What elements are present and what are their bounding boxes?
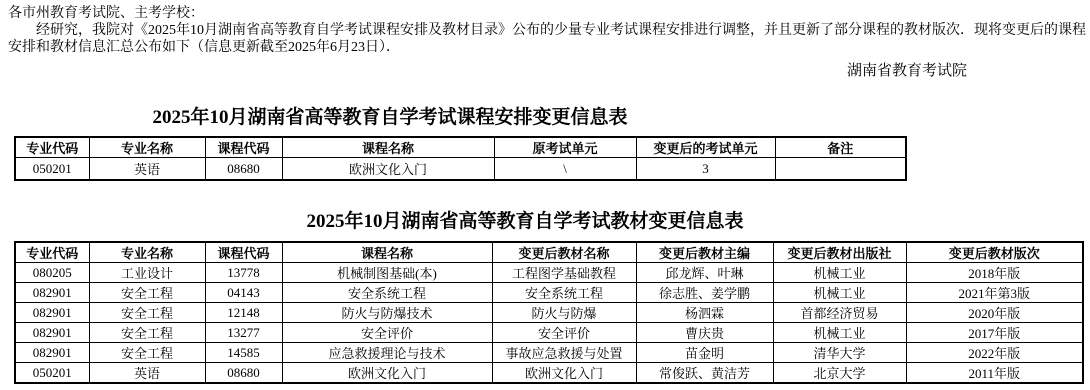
table-cell: 机械工业 (773, 263, 906, 283)
document-page: 各市州教育考试院、主考学校： 经研究，我院对《2025年10月湖南省高等教育自学… (0, 0, 1090, 390)
table-cell: 04143 (205, 283, 282, 303)
table-cell: 082901 (15, 323, 89, 343)
table-cell: 2021年第3版 (906, 283, 1083, 303)
table-cell: 2011年版 (906, 363, 1083, 384)
table-cell: 082901 (15, 343, 89, 363)
column-header: 变更后教材名称 (492, 242, 636, 263)
textbook-change-table-title: 2025年10月湖南省高等教育自学考试教材变更信息表 (0, 210, 1050, 234)
table-cell: 安全工程 (89, 303, 205, 323)
column-header: 专业代码 (15, 242, 89, 263)
table-cell: 2018年版 (906, 263, 1083, 283)
table-cell: 防火与防爆技术 (282, 303, 492, 323)
table-cell: 清华大学 (773, 343, 906, 363)
course-change-table-title: 2025年10月湖南省高等教育自学考试课程安排变更信息表 (0, 106, 780, 130)
column-header: 变更后教材版次 (906, 242, 1083, 263)
table-row: 050201英语08680欧洲文化入门\3 (15, 158, 906, 181)
table-cell: 机械工业 (773, 283, 906, 303)
table-cell: 防火与防爆 (492, 303, 636, 323)
table-cell: 曹庆贵 (636, 323, 773, 343)
table-cell: \ (494, 158, 636, 181)
table-cell: 杨泗霖 (636, 303, 773, 323)
table-cell: 工业设计 (89, 263, 205, 283)
course-change-table: 专业代码专业名称课程代码课程名称原考试单元变更后的考试单元备注050201英语0… (14, 136, 907, 181)
column-header: 专业代码 (15, 137, 89, 158)
table-cell: 安全评价 (492, 323, 636, 343)
table-cell: 英语 (89, 158, 205, 181)
table-cell: 事故应急救援与处置 (492, 343, 636, 363)
table-cell: 13778 (205, 263, 282, 283)
table-cell: 欧洲文化入门 (282, 363, 492, 384)
table-cell: 安全系统工程 (492, 283, 636, 303)
notice-body-line-2: 安排和教材信息汇总公布如下（信息更新截至2025年6月23日）． (8, 39, 1090, 56)
table-cell: 欧洲文化入门 (492, 363, 636, 384)
table-cell: 工程图学基础教程 (492, 263, 636, 283)
column-header: 备注 (775, 137, 906, 158)
column-header: 专业名称 (89, 242, 205, 263)
column-header: 课程名称 (282, 242, 492, 263)
table-cell: 13277 (205, 323, 282, 343)
column-header: 课程代码 (205, 137, 282, 158)
table-row: 082901安全工程13277安全评价安全评价曹庆贵机械工业2017年版 (15, 323, 1083, 343)
column-header: 专业名称 (89, 137, 205, 158)
column-header: 变更后的考试单元 (636, 137, 775, 158)
table-cell: 欧洲文化入门 (282, 158, 494, 181)
table-cell: 机械工业 (773, 323, 906, 343)
table-cell: 082901 (15, 303, 89, 323)
table-cell: 英语 (89, 363, 205, 384)
table-cell: 安全系统工程 (282, 283, 492, 303)
table-cell: 安全工程 (89, 323, 205, 343)
table-row: 082901安全工程14585应急救援理论与技术事故应急救援与处置苗金明清华大学… (15, 343, 1083, 363)
table-cell: 邱龙辉、叶琳 (636, 263, 773, 283)
table-cell: 050201 (15, 363, 89, 384)
table-cell: 首都经济贸易 (773, 303, 906, 323)
table-cell: 2017年版 (906, 323, 1083, 343)
notice-signoff: 湖南省教育考试院 (8, 63, 1090, 80)
table-cell: 050201 (15, 158, 89, 181)
table-cell (775, 158, 906, 181)
table-cell: 安全工程 (89, 343, 205, 363)
textbook-change-table: 专业代码专业名称课程代码课程名称变更后教材名称变更后教材主编变更后教材出版社变更… (14, 241, 1084, 384)
table-row: 082901安全工程12148防火与防爆技术防火与防爆杨泗霖首都经济贸易2020… (15, 303, 1083, 323)
column-header: 变更后教材出版社 (773, 242, 906, 263)
table-cell: 常俊跃、黄洁芳 (636, 363, 773, 384)
table-cell: 08680 (205, 158, 282, 181)
table-cell: 安全评价 (282, 323, 492, 343)
table-cell: 2022年版 (906, 343, 1083, 363)
table-cell: 苗金明 (636, 343, 773, 363)
table-cell: 080205 (15, 263, 89, 283)
notice-paragraph: 各市州教育考试院、主考学校： 经研究，我院对《2025年10月湖南省高等教育自学… (0, 0, 1090, 80)
table-cell: 应急救援理论与技术 (282, 343, 492, 363)
column-header: 变更后教材主编 (636, 242, 773, 263)
column-header: 原考试单元 (494, 137, 636, 158)
table-cell: 机械制图基础(本) (282, 263, 492, 283)
table-cell: 082901 (15, 283, 89, 303)
table-row: 080205工业设计13778机械制图基础(本)工程图学基础教程邱龙辉、叶琳机械… (15, 263, 1083, 283)
header-row: 专业代码专业名称课程代码课程名称原考试单元变更后的考试单元备注 (15, 137, 906, 158)
table-cell: 14585 (205, 343, 282, 363)
header-row: 专业代码专业名称课程代码课程名称变更后教材名称变更后教材主编变更后教材出版社变更… (15, 242, 1083, 263)
table-cell: 北京大学 (773, 363, 906, 384)
notice-salutation: 各市州教育考试院、主考学校： (8, 5, 1090, 22)
table-row: 082901安全工程04143安全系统工程安全系统工程徐志胜、姜学鹏机械工业20… (15, 283, 1083, 303)
table-cell: 3 (636, 158, 775, 181)
notice-body-line-1: 经研究，我院对《2025年10月湖南省高等教育自学考试课程安排及教材目录》公布的… (8, 22, 1090, 39)
table-cell: 安全工程 (89, 283, 205, 303)
table-cell: 08680 (205, 363, 282, 384)
column-header: 课程名称 (282, 137, 494, 158)
table-cell: 徐志胜、姜学鹏 (636, 283, 773, 303)
column-header: 课程代码 (205, 242, 282, 263)
table-row: 050201英语08680欧洲文化入门欧洲文化入门常俊跃、黄洁芳北京大学2011… (15, 363, 1083, 384)
table-cell: 2020年版 (906, 303, 1083, 323)
table-cell: 12148 (205, 303, 282, 323)
